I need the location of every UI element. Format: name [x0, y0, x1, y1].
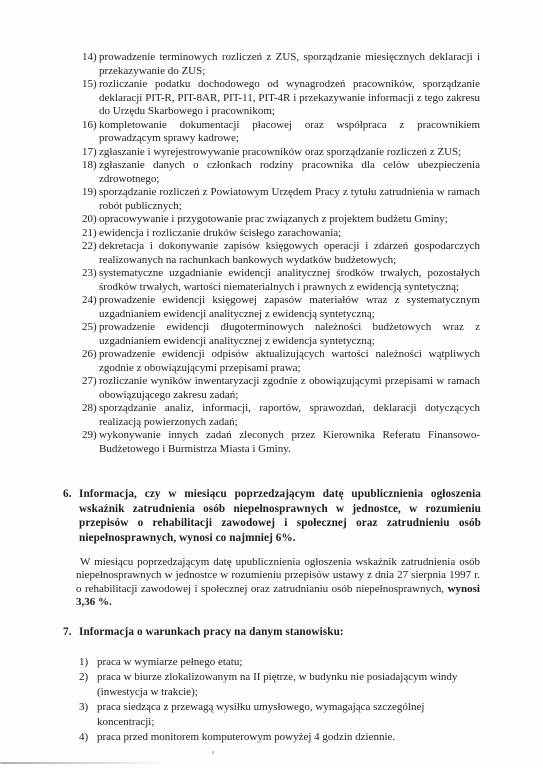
list-item: 4) praca przed monitorem komputerowym po… — [79, 730, 480, 745]
list-item: 16) kompletowanie dokumentacji płacowej … — [82, 119, 480, 146]
list-item-number: 20) — [82, 213, 97, 227]
section-6-paragraph-text: W miesiącu poprzedzającym datę upubliczn… — [76, 556, 480, 595]
list-item-text: kompletowanie dokumentacji płacowej oraz… — [99, 119, 480, 145]
list-item-number: 17) — [82, 146, 97, 160]
list-item-text: prowadzenie ewidencji księgowej zapasów … — [99, 294, 480, 320]
list-item-number: 29) — [82, 429, 97, 443]
list-item-text: prowadzenie terminowych rozliczeń z ZUS,… — [99, 51, 480, 77]
section-6-number: 6. — [63, 487, 72, 502]
list-item: 29) wykonywanie innych zadań zleconych p… — [82, 429, 480, 456]
list-item: 28) sporządzanie analiz, informacji, rap… — [82, 402, 480, 429]
section-6-paragraph: W miesiącu poprzedzającym datę upubliczn… — [76, 556, 480, 610]
list-item-text: ewidencja i rozliczanie druków ścisłego … — [99, 227, 341, 239]
list-item-number: 27) — [82, 375, 97, 389]
list-item: 21) ewidencja i rozliczanie druków ścisł… — [82, 227, 480, 241]
list-item-text: zgłaszanie danych o członkach rodziny pr… — [99, 159, 480, 185]
list-item-text: dekretacja i dokonywanie zapisów księgow… — [99, 240, 480, 266]
section-6-heading: 6. Informacja, czy w miesiącu poprzedzaj… — [63, 487, 481, 546]
list-item-number: 26) — [82, 348, 97, 362]
list-item: 14) prowadzenie terminowych rozliczeń z … — [82, 51, 480, 78]
list-item: 23) systematyczne uzgadnianie ewidencji … — [82, 267, 480, 294]
tasks-numbered-list: 14) prowadzenie terminowych rozliczeń z … — [82, 51, 480, 456]
list-item-text: prowadzenie ewidencji odpisów aktualizuj… — [99, 348, 480, 374]
list-item: 18) zgłaszanie danych o członkach rodzin… — [82, 159, 480, 186]
list-item-number: 24) — [82, 294, 97, 308]
list-item-number: 14) — [82, 51, 97, 65]
list-item-number: 2) — [79, 670, 88, 685]
list-item: 2) praca w biurze zlokalizowanym na II p… — [79, 670, 480, 699]
scan-artifact-speck — [212, 751, 214, 754]
list-item-number: 4) — [79, 730, 88, 745]
list-item-number: 25) — [82, 321, 97, 335]
list-item-number: 15) — [82, 78, 97, 92]
list-item: 17) zgłaszanie i wyrejestrowywanie praco… — [82, 146, 480, 160]
list-item: 1) praca w wymiarze pełnego etatu; — [79, 655, 480, 670]
list-item-number: 3) — [79, 700, 88, 715]
list-item-text: rozliczanie wyników inwentaryzacji zgodn… — [99, 375, 480, 401]
list-item-text: sporządzanie analiz, informacji, raportó… — [99, 402, 480, 428]
section-7-heading-text: Informacja o warunkach pracy na danym st… — [79, 626, 344, 638]
section-6-heading-text: Informacja, czy w miesiącu poprzedzający… — [79, 488, 481, 544]
list-item-text: wykonywanie innych zadań zleconych przez… — [99, 429, 480, 455]
list-item-number: 23) — [82, 267, 97, 281]
list-item: 24) prowadzenie ewidencji księgowej zapa… — [82, 294, 480, 321]
section-7-number: 7. — [63, 625, 72, 640]
list-item-text: praca w wymiarze pełnego etatu; — [97, 656, 242, 668]
list-item: 20) opracowywanie i przygotowanie prac z… — [82, 213, 480, 227]
section-7-sublist: 1) praca w wymiarze pełnego etatu; 2) pr… — [79, 655, 480, 745]
list-item-text: praca siedząca z przewagą wysiłku umysło… — [97, 701, 424, 728]
list-item-number: 1) — [79, 655, 88, 670]
scanned-document-page: 14) prowadzenie terminowych rozliczeń z … — [0, 0, 543, 768]
section-6: 6. Informacja, czy w miesiącu poprzedzaj… — [63, 487, 481, 610]
section-7-heading: 7. Informacja o warunkach pracy na danym… — [63, 625, 481, 640]
list-item-text: opracowywanie i przygotowanie prac związ… — [99, 213, 448, 225]
list-item-text: zgłaszanie i wyrejestrowywanie pracownik… — [99, 146, 461, 158]
list-item: 3) praca siedząca z przewagą wysiłku umy… — [79, 700, 480, 729]
list-item: 26) prowadzenie ewidencji odpisów aktual… — [82, 348, 480, 375]
scan-artifact-line — [0, 762, 163, 764]
list-item-number: 21) — [82, 227, 97, 241]
list-item-number: 28) — [82, 402, 97, 416]
section-7: 7. Informacja o warunkach pracy na danym… — [63, 625, 481, 640]
list-item: 25) prowadzenie ewidencji długoterminowy… — [82, 321, 480, 348]
list-item-number: 18) — [82, 159, 97, 173]
list-item-text: systematyczne uzgadnianie ewidencji anal… — [99, 267, 480, 293]
list-item: 27) rozliczanie wyników inwentaryzacji z… — [82, 375, 480, 402]
list-item-text: prowadzenie ewidencji długoterminowych n… — [99, 321, 480, 347]
list-item-number: 16) — [82, 119, 97, 133]
list-item: 19) sporządzanie rozliczeń z Powiatowym … — [82, 186, 480, 213]
list-item-text: rozliczanie podatku dochodowego od wynag… — [99, 78, 480, 117]
list-item-text: praca w biurze zlokalizowanym na II pięt… — [97, 671, 457, 698]
list-item: 22) dekretacja i dokonywanie zapisów ksi… — [82, 240, 480, 267]
list-item: 15) rozliczanie podatku dochodowego od w… — [82, 78, 480, 119]
list-item-number: 19) — [82, 186, 97, 200]
list-item-text: sporządzanie rozliczeń z Powiatowym Urzę… — [99, 186, 480, 212]
list-item-text: praca przed monitorem komputerowym powyż… — [97, 731, 395, 743]
list-item-number: 22) — [82, 240, 97, 254]
